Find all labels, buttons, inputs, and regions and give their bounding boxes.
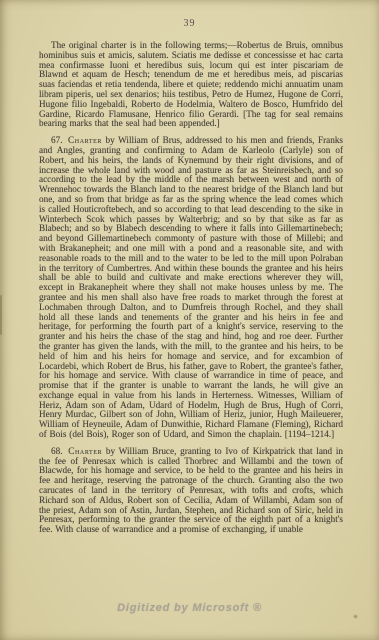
page-number: 39 — [0, 18, 379, 29]
digitized-watermark: Digitized by Microsoft ® — [0, 602, 379, 614]
entry-67-number: 67. — [51, 135, 64, 145]
entry-68-number: 68. — [51, 446, 64, 456]
entry-68-heading: Charter — [68, 446, 102, 456]
text-block: The original charter is in the following… — [39, 41, 343, 535]
scan-edge-mark — [0, 295, 2, 335]
entry-67-heading: Charter — [68, 135, 102, 145]
ink-speck — [353, 614, 358, 619]
paragraph-intro: The original charter is in the following… — [39, 41, 343, 129]
paragraph-entry-68: 68. Charter by William Bruce, granting t… — [39, 447, 343, 535]
entry-67-text: by William of Brus, addressed to his men… — [39, 135, 343, 439]
paragraph-intro-text: The original charter is in the following… — [39, 40, 343, 128]
paragraph-entry-67: 67. Charter by William of Brus, addresse… — [39, 136, 343, 440]
entry-68-text: by William Bruce, granting to Ivo of Kir… — [39, 446, 343, 534]
book-page: 39 The original charter is in the follow… — [0, 0, 379, 640]
